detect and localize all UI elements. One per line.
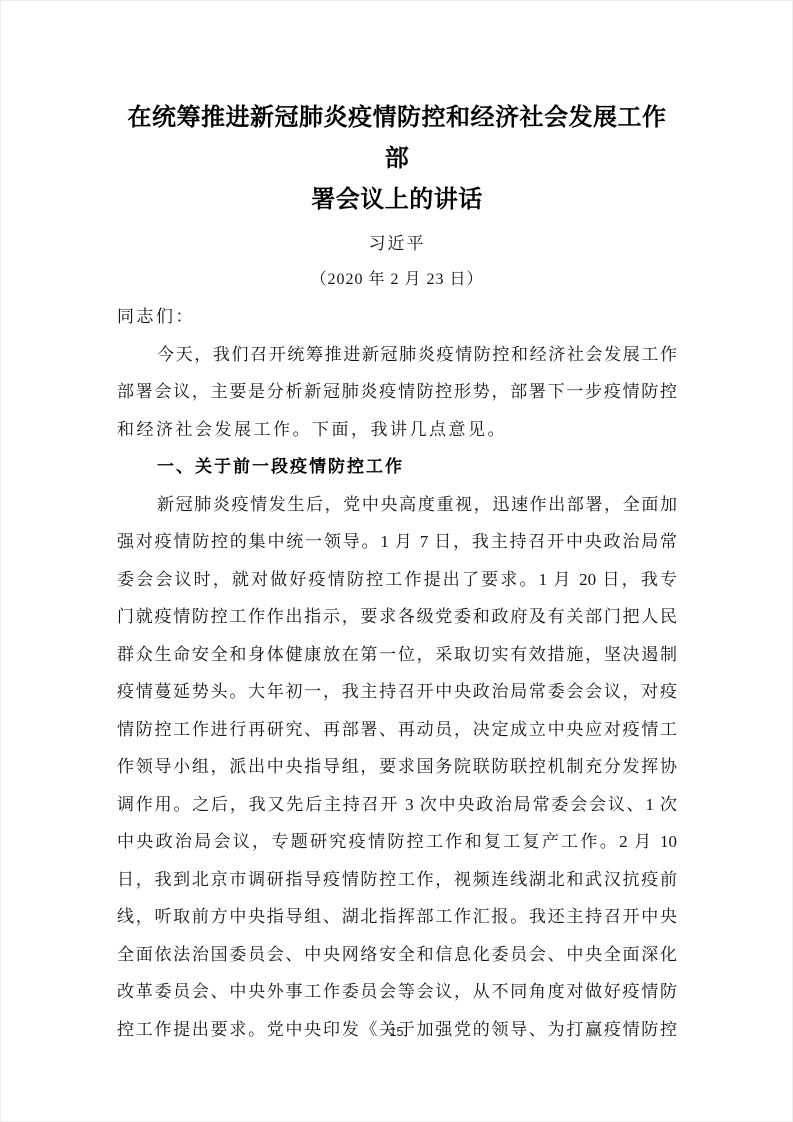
section-heading: 一、关于前一段疫情防控工作 xyxy=(117,448,677,486)
document-title: 在统筹推进新冠肺炎疫情防控和经济社会发展工作部 署会议上的讲话 xyxy=(117,97,677,220)
body-line: 强对疫情防控的集中统一领导。1 月 7 日，我主持召开中央政治局常 xyxy=(117,523,677,561)
body-line: 群众生命安全和身体健康放在第一位，采取切实有效措施，坚决遏制 xyxy=(117,636,677,674)
author-name: 习近平 xyxy=(117,226,677,262)
document-body: 同志们： 今天，我们召开统筹推进新冠肺炎疫情防控和经济社会发展工作 部署会议，主… xyxy=(117,298,677,1048)
page-number-label: 15 xyxy=(0,1022,793,1042)
body-line: 全面依法治国委员会、中央网络安全和信息化委员会、中央全面深化 xyxy=(117,936,677,974)
body-line: 门就疫情防控工作作出指示，要求各级党委和政府及有关部门把人民 xyxy=(117,598,677,636)
body-line: 委会会议时，就对做好疫情防控工作提出了要求。1 月 20 日，我专 xyxy=(117,561,677,599)
body-line: 中央政治局会议，专题研究疫情防控工作和复工复产工作。2 月 10 xyxy=(117,823,677,861)
body-line: 今天，我们召开统筹推进新冠肺炎疫情防控和经济社会发展工作 xyxy=(117,336,677,374)
document-date: （2020 年 2 月 23 日） xyxy=(117,262,677,298)
salutation: 同志们： xyxy=(117,298,677,336)
body-line: 情防控工作进行再研究、再部署、再动员，决定成立中央应对疫情工 xyxy=(117,711,677,749)
body-line: 部署会议，主要是分析新冠肺炎疫情防控形势，部署下一步疫情防控 xyxy=(117,373,677,411)
title-line-1: 在统筹推进新冠肺炎疫情防控和经济社会发展工作部 xyxy=(117,97,677,179)
body-line: 新冠肺炎疫情发生后，党中央高度重视，迅速作出部署，全面加 xyxy=(117,486,677,524)
document-page: 在统筹推进新冠肺炎疫情防控和经济社会发展工作部 署会议上的讲话 习近平 （202… xyxy=(0,0,793,1122)
body-line: 日，我到北京市调研指导疫情防控工作，视频连线湖北和武汉抗疫前 xyxy=(117,861,677,899)
title-line-2: 署会议上的讲话 xyxy=(117,179,677,220)
body-line: 线，听取前方中央指导组、湖北指挥部工作汇报。我还主持召开中央 xyxy=(117,898,677,936)
body-line: 调作用。之后，我又先后主持召开 3 次中央政治局常委会会议、1 次 xyxy=(117,786,677,824)
body-line: 疫情蔓延势头。大年初一，我主持召开中央政治局常委会会议，对疫 xyxy=(117,673,677,711)
document-content: 在统筹推进新冠肺炎疫情防控和经济社会发展工作部 署会议上的讲话 习近平 （202… xyxy=(117,97,677,1048)
body-line: 和经济社会发展工作。下面，我讲几点意见。 xyxy=(117,411,677,449)
body-line: 改革委员会、中央外事工作委员会等会议，从不同角度对做好疫情防 xyxy=(117,973,677,1011)
body-line: 作领导小组，派出中央指导组，要求国务院联防联控机制充分发挥协 xyxy=(117,748,677,786)
